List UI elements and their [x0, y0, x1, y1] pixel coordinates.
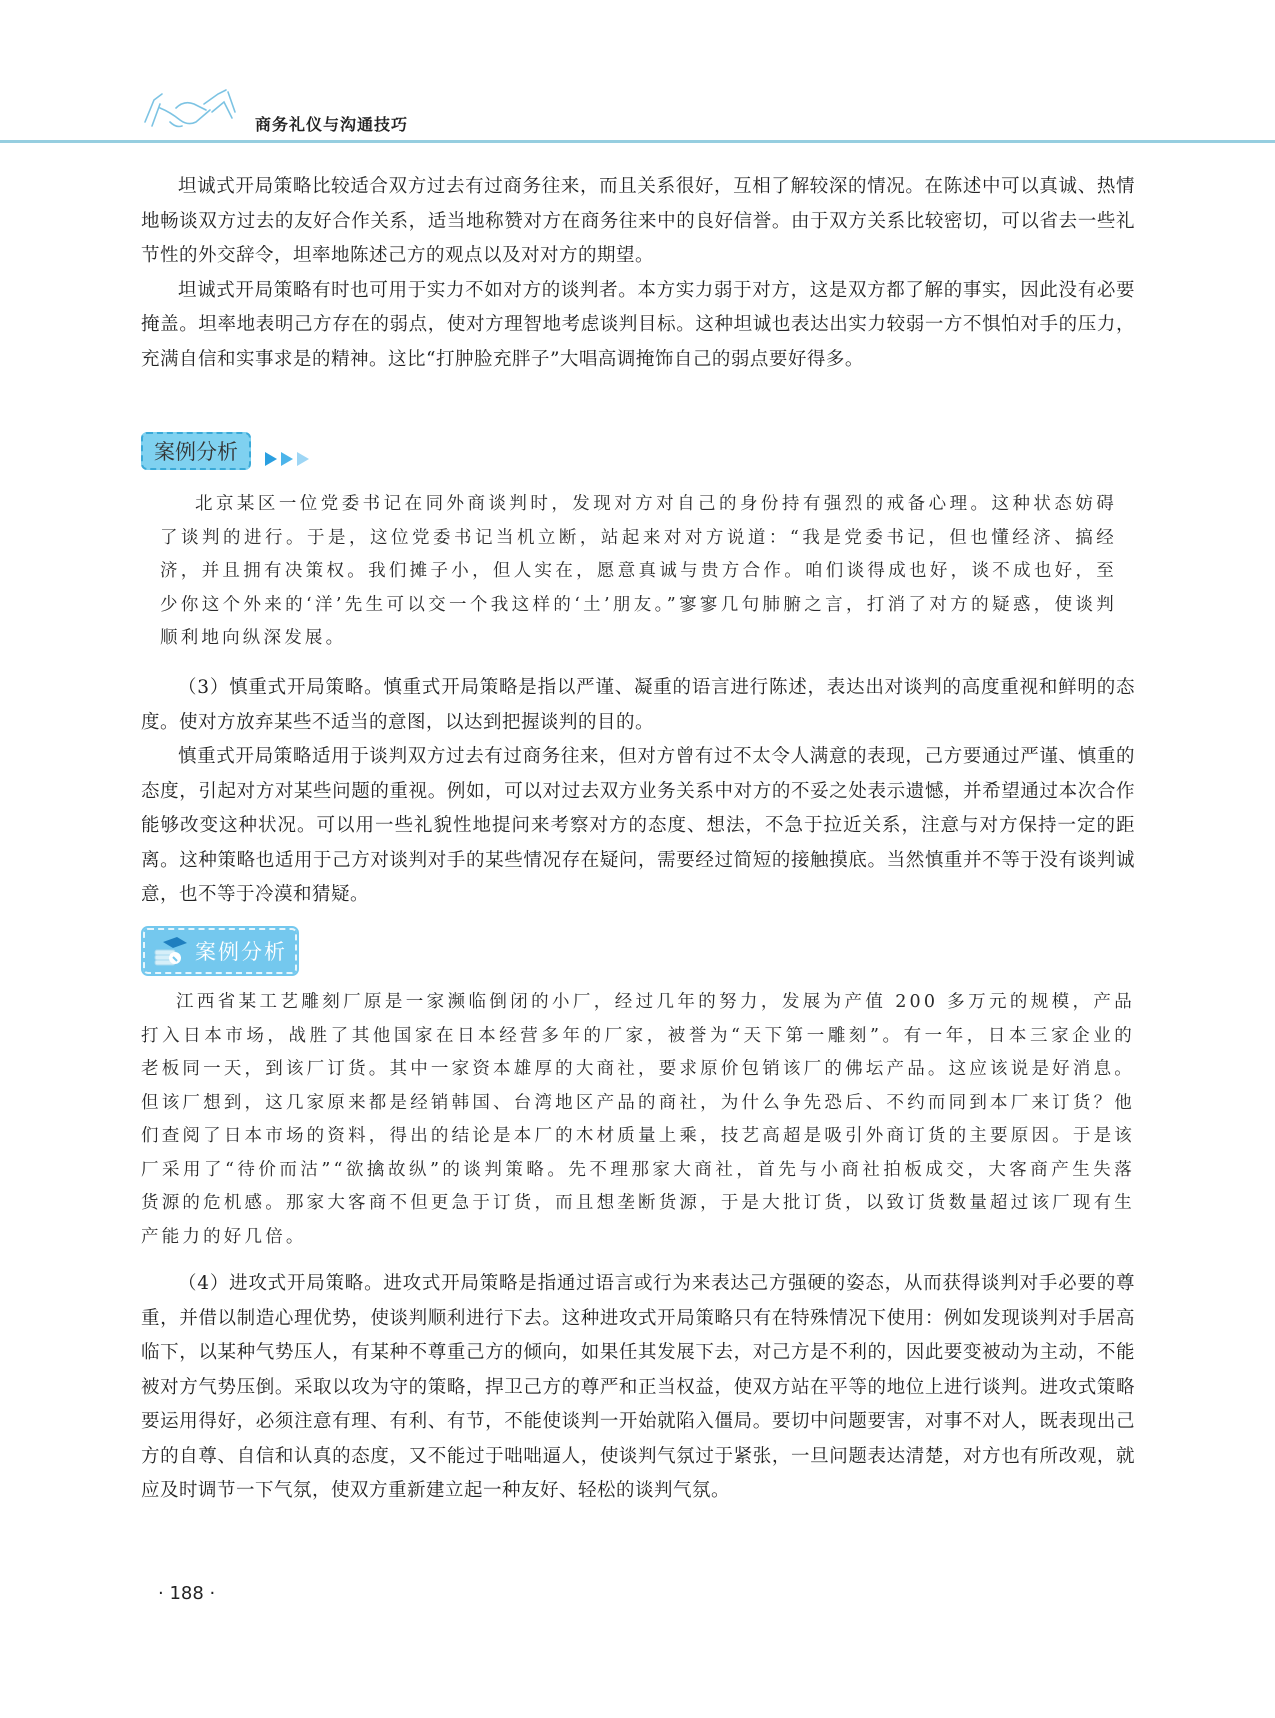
case-analysis-label: 案例分析 [154, 436, 238, 466]
paragraph: （3）慎重式开局策略。慎重式开局策略是指以严谨、凝重的语言进行陈述，表达出对谈判… [141, 671, 1135, 740]
case-study-1: 北京某区一位党委书记在同外商谈判时，发现对方对自己的身份持有强烈的戒备心理。这种… [160, 488, 1117, 656]
section-prudent-opening: （3）慎重式开局策略。慎重式开局策略是指以严谨、凝重的语言进行陈述，表达出对谈判… [141, 671, 1135, 913]
triple-arrow-right-icon [265, 452, 309, 466]
case-study-2: 江西省某工艺雕刻厂原是一家濒临倒闭的小厂，经过几年的努力，发展为产值 200 多… [141, 986, 1135, 1254]
case-text: 江西省某工艺雕刻厂原是一家濒临倒闭的小厂，经过几年的努力，发展为产值 200 多… [141, 986, 1135, 1254]
handshake-icon [140, 82, 240, 132]
books-graduation-cap-icon [151, 934, 189, 968]
page-number: · 188 · [158, 1583, 215, 1604]
case-analysis-badge: 案例分析 [141, 432, 251, 470]
paragraph: 慎重式开局策略适用于谈判双方过去有过商务往来，但对方曾有过不太令人满意的表现，己… [141, 740, 1135, 913]
case-analysis-badge-2: 案例分析 [143, 928, 297, 974]
section-offensive-opening: （4）进攻式开局策略。进攻式开局策略是指通过语言或行为来表达己方强硬的姿态，从而… [141, 1267, 1135, 1509]
paragraph: 坦诚式开局策略有时也可用于实力不如对方的谈判者。本方实力弱于对方，这是双方都了解… [141, 274, 1135, 378]
paragraph: 坦诚式开局策略比较适合双方过去有过商务往来，而且关系很好，互相了解较深的情况。在… [141, 170, 1135, 274]
section-candid-opening: 坦诚式开局策略比较适合双方过去有过商务往来，而且关系很好，互相了解较深的情况。在… [141, 170, 1135, 377]
header-divider [0, 140, 1275, 143]
paragraph: （4）进攻式开局策略。进攻式开局策略是指通过语言或行为来表达己方强硬的姿态，从而… [141, 1267, 1135, 1509]
book-title: 商务礼仪与沟通技巧 [255, 112, 408, 135]
case-text: 北京某区一位党委书记在同外商谈判时，发现对方对自己的身份持有强烈的戒备心理。这种… [160, 488, 1117, 656]
case-analysis-label: 案例分析 [195, 936, 287, 966]
running-header: 商务礼仪与沟通技巧 [0, 0, 1275, 145]
